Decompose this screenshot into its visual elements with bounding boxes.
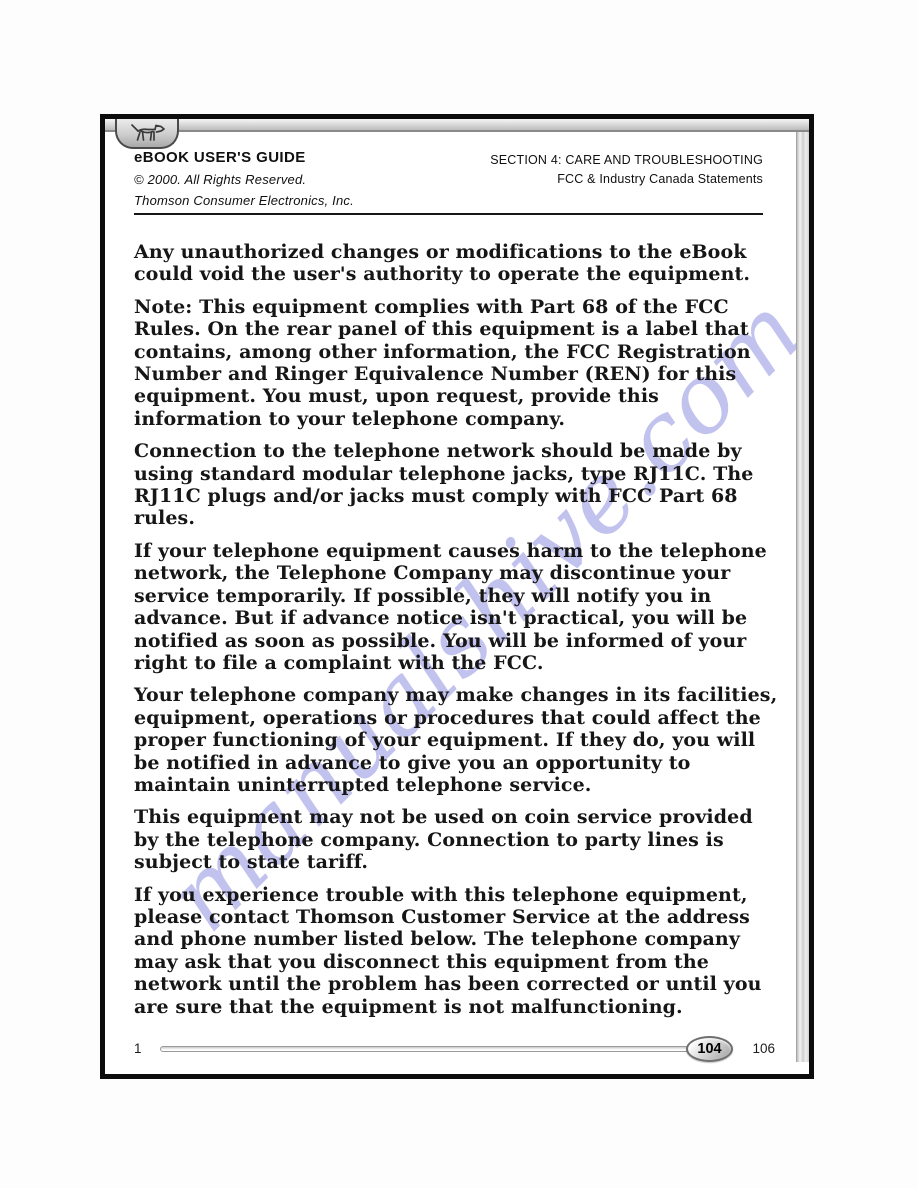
top-rail-decoration <box>105 119 809 132</box>
section-title: SECTION 4: CARE AND TROUBLESHOOTING <box>490 151 763 170</box>
page-navigation-bar: 1 104 106 <box>134 1035 775 1062</box>
screenshot-canvas: { "header": { "title": "eBOOK USER'S GUI… <box>0 0 918 1188</box>
side-rail-decoration <box>796 132 809 1062</box>
page-slider-track[interactable] <box>160 1046 694 1052</box>
page-header: eBOOK USER'S GUIDE © 2000. All Rights Re… <box>134 149 763 208</box>
company-line: Thomson Consumer Electronics, Inc. <box>134 193 354 208</box>
paragraph-connection-jacks: Connection to the telephone network shou… <box>134 440 778 530</box>
dog-bookmark-tab[interactable] <box>115 119 179 149</box>
header-right-block: SECTION 4: CARE AND TROUBLESHOOTING FCC … <box>490 149 763 208</box>
copyright-line: © 2000. All Rights Reserved. <box>134 172 354 187</box>
subsection-title: FCC & Industry Canada Statements <box>490 170 763 189</box>
page-slider-thumb[interactable]: 104 <box>686 1036 733 1062</box>
current-page-label: 104 <box>697 1041 721 1057</box>
guide-title: eBOOK USER'S GUIDE <box>134 149 354 166</box>
dog-icon <box>125 122 169 144</box>
last-page-label: 106 <box>745 1041 775 1056</box>
first-page-label: 1 <box>134 1041 144 1056</box>
paragraph-trouble-contact: If you experience trouble with this tele… <box>134 884 778 1018</box>
header-divider <box>134 213 763 215</box>
paragraph-harm-to-network: If your telephone equipment causes harm … <box>134 540 778 674</box>
paragraph-company-changes: Your telephone company may make changes … <box>134 684 778 796</box>
document-body: Any unauthorized changes or modification… <box>134 241 778 1028</box>
ebook-page-frame: manualshive.com eBOOK USER'S GUIDE © 200… <box>100 114 814 1079</box>
header-left-block: eBOOK USER'S GUIDE © 2000. All Rights Re… <box>134 149 354 208</box>
paragraph-fcc-part68-note: Note: This equipment complies with Part … <box>134 296 778 430</box>
paragraph-coin-service: This equipment may not be used on coin s… <box>134 806 778 873</box>
paragraph-unauthorized-changes: Any unauthorized changes or modification… <box>134 241 778 286</box>
